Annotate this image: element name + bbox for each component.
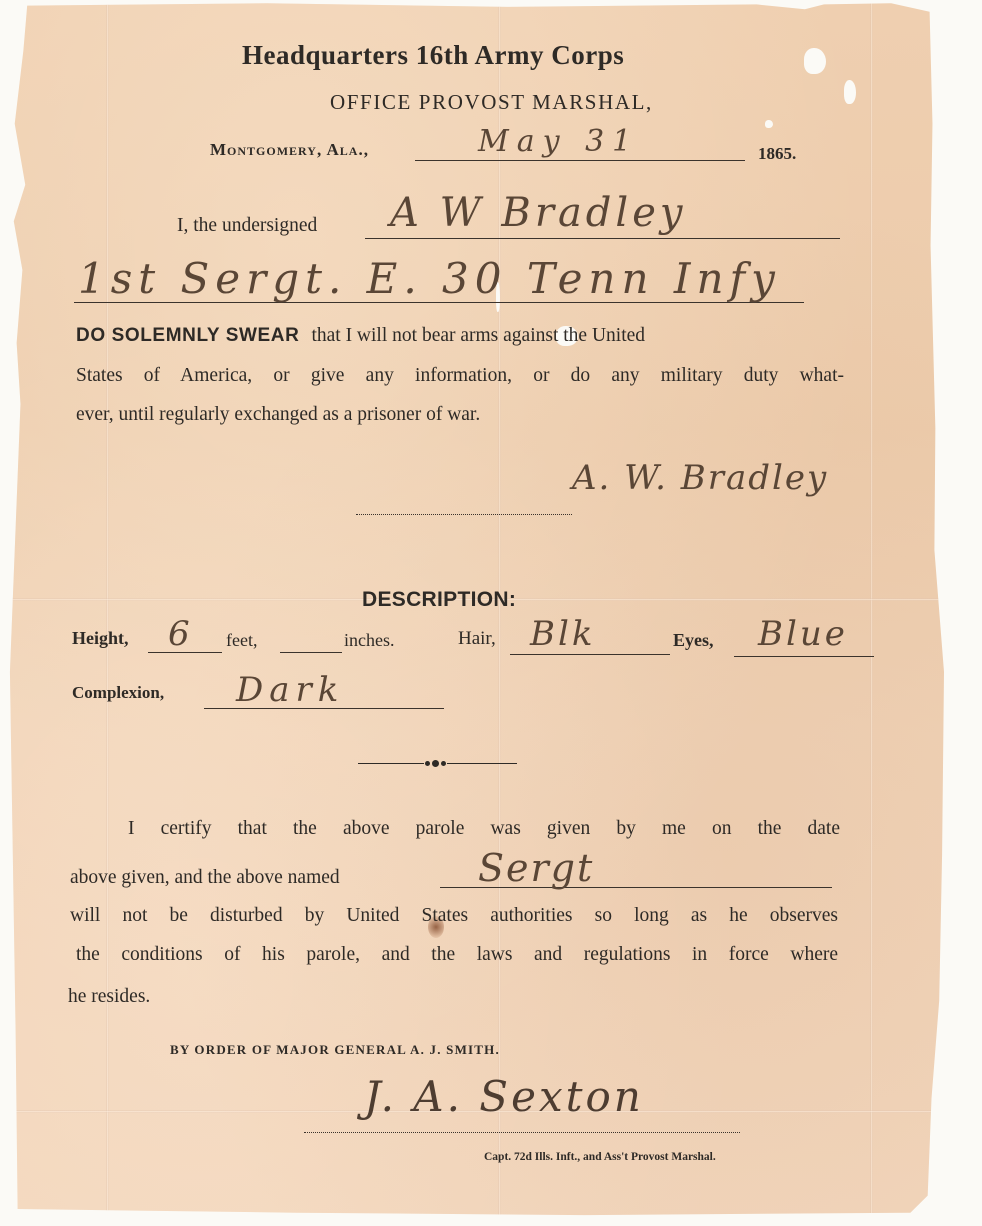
certify-line-3: will not be disturbed by United States a… xyxy=(70,905,838,927)
header-office: OFFICE PROVOST MARSHAL, xyxy=(330,90,653,115)
eyes-line xyxy=(734,656,874,657)
height-label: Height, xyxy=(72,628,129,649)
paper-hole xyxy=(765,120,773,128)
name-handwritten: A W Bradley xyxy=(390,190,686,236)
paper-hole xyxy=(844,80,856,104)
hair-label: Hair, xyxy=(458,628,496,650)
eyes-label: Eyes, xyxy=(673,630,714,651)
oath-line-3: ever, until regularly exchanged as a pri… xyxy=(76,404,480,426)
certify-line-5: he resides. xyxy=(68,986,150,1008)
rank-unit-handwritten: 1st Sergt. E. 30 Tenn Infy xyxy=(78,254,781,303)
hair-value: Blk xyxy=(530,614,595,654)
header-year: 1865. xyxy=(758,144,796,164)
complexion-value: Dark xyxy=(236,670,344,710)
inches-label: inches. xyxy=(344,630,394,651)
named-value: Sergt xyxy=(478,846,594,890)
header-place: Montgomery, Ala., xyxy=(210,140,369,160)
date-handwritten: May 31 xyxy=(478,124,639,159)
signature-line xyxy=(356,514,572,515)
paper-hole xyxy=(804,48,826,74)
complexion-label: Complexion, xyxy=(72,683,164,703)
oath-line-1-rest: that I will not bear arms against the Un… xyxy=(311,325,645,346)
officer-title: Capt. 72d Ills. Inft., and Ass't Provost… xyxy=(484,1151,716,1163)
eyes-value: Blue xyxy=(758,614,848,654)
fold-line xyxy=(106,2,109,1220)
section-divider-ornament xyxy=(358,760,517,767)
certify-line-2-label: above given, and the above named xyxy=(70,867,340,889)
height-inches-line xyxy=(280,652,342,653)
oath-line-1: DO SOLEMNLY SWEAR that I will not bear a… xyxy=(76,325,844,347)
feet-label: feet, xyxy=(226,630,257,651)
certify-line-1: I certify that the above parole was give… xyxy=(128,818,840,840)
height-feet-value: 6 xyxy=(168,614,190,654)
solemnly-swear-lead: DO SOLEMNLY SWEAR xyxy=(76,325,299,346)
header-title: Headquarters 16th Army Corps xyxy=(242,40,624,71)
fold-line xyxy=(870,2,873,1220)
hair-line xyxy=(510,654,670,655)
officer-signature-line xyxy=(304,1132,740,1133)
date-line xyxy=(415,160,745,161)
parolee-signature: A. W. Bradley xyxy=(572,458,828,498)
certify-line-4: the conditions of his parole, and the la… xyxy=(76,944,838,966)
by-order-line: BY ORDER OF MAJOR GENERAL A. J. SMITH. xyxy=(170,1042,500,1058)
oath-line-2: States of America, or give any informati… xyxy=(76,365,844,387)
document-page: Headquarters 16th Army Corps OFFICE PROV… xyxy=(0,0,982,1226)
officer-signature: J. A. Sexton xyxy=(364,1072,644,1121)
undersigned-label: I, the undersigned xyxy=(177,215,317,237)
description-heading: DESCRIPTION: xyxy=(362,588,516,612)
name-line xyxy=(365,238,840,239)
